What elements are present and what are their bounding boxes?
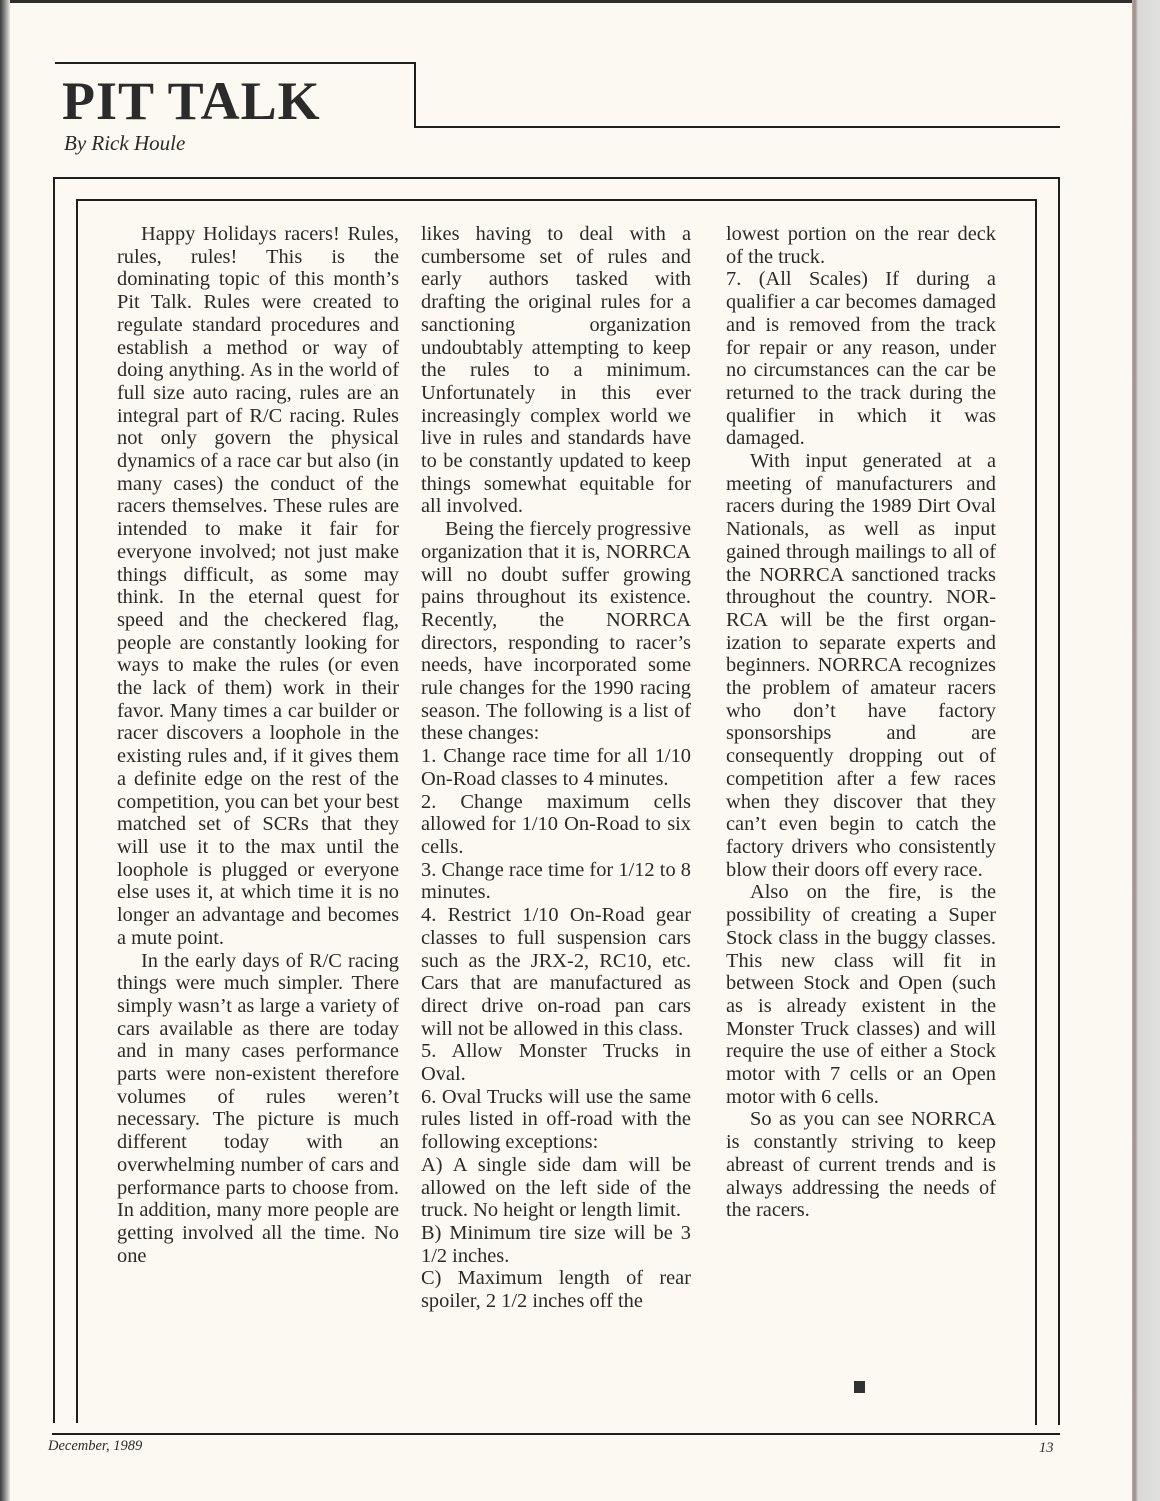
rule-item-7: 7. (All Scales) If during a qualifier a … [726,268,996,450]
rule-item-6: 6. Oval Trucks will use the same rules l… [421,1086,691,1154]
page-title: PIT TALK [62,74,321,128]
article-column-1: Happy Holidays racers! Rules, rules, rul… [117,223,399,1267]
end-of-article-square-icon [854,1381,865,1393]
outer-frame-right [1058,177,1060,1425]
paragraph: So as you can see NOR­RCA is constantly … [726,1108,996,1222]
header-rule-top [55,62,416,64]
rule-exception-a: A) A single side dam will be allowed on … [421,1154,691,1222]
article-column-3: lowest portion on the rear deck of the t… [726,223,996,1222]
rule-exception-b: B) Minimum tire size will be 3 1/2 inche… [421,1222,691,1267]
paragraph: With input generated at a meeting of man… [726,450,996,881]
paragraph: Also on the fire, is the possibility of … [726,881,996,1108]
paragraph: likes having to deal with a cumbersome s… [421,223,691,518]
rule-item-1: 1. Change race time for all 1/­10 On-Roa… [421,745,691,790]
rule-item-2: 2. Change maximum cells allowed for 1/10… [421,791,691,859]
outer-frame-top [54,177,1060,179]
article-column-2: likes having to deal with a cumbersome s… [421,223,691,1313]
paragraph: Being the fiercely pro­gressive organiza… [421,518,691,745]
header-rule-vertical [414,62,416,128]
page-number: 13 [1039,1440,1054,1457]
scan-edge-left [0,0,10,1501]
paragraph: In the early days of R/C racing things w… [117,950,399,1268]
inner-frame-right [1035,199,1037,1425]
footer-rule [52,1433,1060,1435]
issue-date: December, 1989 [48,1438,142,1455]
scan-edge-top [0,0,1160,3]
outer-frame-left [53,177,55,1423]
rule-exception-c: C) Maximum length of rear spoiler, 2 1/2… [421,1267,691,1312]
scan-edge-right [1132,0,1160,1501]
rule-item-5: 5. Allow Monster Trucks in Oval. [421,1040,691,1085]
rule-item-4: 4. Restrict 1/10 On-Road gear classes to… [421,904,691,1040]
inner-frame-top [76,199,1037,201]
inner-frame-left [76,199,78,1423]
byline: By Rick Houle [64,131,185,156]
rule-item-3: 3. Change race time for 1/12 to 8 minute… [421,859,691,904]
paragraph: Happy Holidays racers! Rules, rules, rul… [117,223,399,950]
header-rule-bottom [414,126,1060,128]
paragraph: lowest portion on the rear deck of the t… [726,223,996,268]
